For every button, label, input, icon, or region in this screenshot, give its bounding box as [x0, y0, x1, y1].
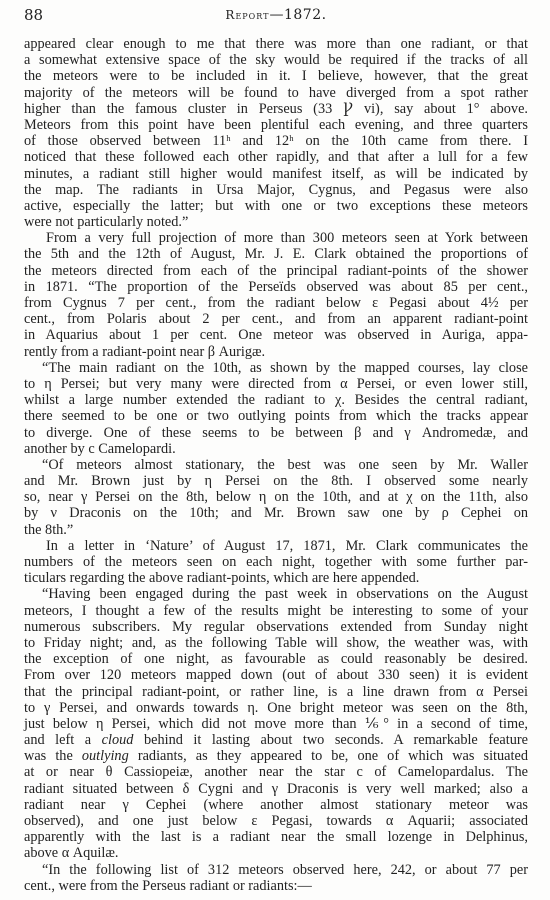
text-fragment: was the [24, 748, 82, 764]
text-line: the 8th.” [24, 522, 528, 538]
text-line: another by c Camelopardi. [24, 441, 528, 457]
text-line: the exception of one night, as favourabl… [24, 651, 528, 667]
text-line: by ν Draconis on the 10th; and Mr. Brown… [24, 505, 528, 521]
text-line: observed), and one just below ε Pegasi, … [24, 813, 528, 829]
body-text: appeared clear enough to me that there w… [24, 36, 528, 894]
text-line: From over 120 meteors mapped down (out o… [24, 667, 528, 683]
document-page: 88 Report—1872. appeared clear enough to… [0, 0, 550, 900]
text-line: to η Persei; but very many were directed… [24, 376, 528, 392]
text-line: the meteors directed from each of the pr… [24, 263, 528, 279]
text-fragment: behind it lasting about two seconds. A r… [133, 732, 528, 748]
text-line: of those observed between 11ʰ and 12ʰ on… [24, 133, 528, 149]
text-line: meteors, I thought a few of the results … [24, 603, 528, 619]
text-line: a somewhat extensive space of the sky wo… [24, 52, 528, 68]
text-line: rently from a radiant-point near β Aurig… [24, 344, 528, 360]
text-line: noticed that these followed each other r… [24, 149, 528, 165]
text-line: ticulars regarding the above radiant-poi… [24, 570, 528, 586]
text-line: numbers of the meteors seen on each nigh… [24, 554, 528, 570]
running-title-prefix: Report [225, 8, 269, 22]
text-line: the map. The radiants in Ursa Major, Cyg… [24, 182, 528, 198]
text-line: “In the following list of 312 meteors ob… [24, 862, 528, 878]
text-line: “The main radiant on the 10th, as shown … [24, 360, 528, 376]
running-title: Report—1872. [24, 7, 528, 23]
text-line: were not particularly noted.” [24, 214, 528, 230]
text-line: and Mr. Brown just by η Persei on the 8t… [24, 473, 528, 489]
text-line: and left a cloud behind it lasting about… [24, 732, 528, 748]
text-line: to γ Persei, and onwards towards η. One … [24, 700, 528, 716]
text-line: at or near θ Cassiopeiæ, another near th… [24, 764, 528, 780]
text-line: the 5th and the 12th of August, Mr. J. E… [24, 246, 528, 262]
text-line: majority of the meteors will be found to… [24, 85, 528, 101]
text-line: radiant situated between δ Cygni and γ D… [24, 781, 528, 797]
text-line: from Cygnus 7 per cent., from the radian… [24, 295, 528, 311]
text-line: to diverge. One of these seems to be bet… [24, 425, 528, 441]
text-line: cent., were from the Perseus radiant or … [24, 878, 528, 894]
text-line: to Friday night; and, as the following T… [24, 635, 528, 651]
text-line: there seemed to be one or two outlying p… [24, 408, 528, 424]
text-line: just below η Persei, which did not move … [24, 716, 528, 732]
text-line: minutes, a radiant still higher would ma… [24, 166, 528, 182]
text-line: in Aquarius about 1 per cent. One meteor… [24, 327, 528, 343]
text-line: in 1871. “The proportion of the Perseïds… [24, 279, 528, 295]
text-line: In a letter in ‘Nature’ of August 17, 18… [24, 538, 528, 554]
text-fragment: radiants, as they appeared to be, one of… [129, 748, 528, 764]
text-line: radiant near γ Cephei (where another alm… [24, 797, 528, 813]
text-line: apparently with the last is a radiant ne… [24, 829, 528, 845]
text-fragment: and left a [24, 732, 102, 748]
text-line: above α Aquilæ. [24, 845, 528, 861]
text-line: “Of meteors almost stationary, the best … [24, 457, 528, 473]
text-line: Meteors from this point have been plenti… [24, 117, 528, 133]
text-line: cent., from Polaris about 2 per cent., a… [24, 311, 528, 327]
text-line: higher than the famous cluster in Perseu… [24, 101, 528, 117]
page-header: 88 Report—1872. [24, 6, 528, 26]
text-line: that the principal radiant-point, or rat… [24, 684, 528, 700]
text-line: whilst a large number extended the radia… [24, 392, 528, 408]
text-line: numerous subscribers. My regular observa… [24, 619, 528, 635]
text-line: active, especially the latter; but with … [24, 198, 528, 214]
text-line: so, near γ Persei on the 8th, below η on… [24, 489, 528, 505]
italic-word: outlying [82, 748, 129, 764]
italic-word: cloud [102, 732, 134, 748]
text-line: From a very full projection of more than… [24, 230, 528, 246]
text-line: appeared clear enough to me that there w… [24, 36, 528, 52]
running-title-year: —1872. [269, 7, 326, 23]
text-line: the meteors were to be included in it. I… [24, 68, 528, 84]
text-line: “Having been engaged during the past wee… [24, 586, 528, 602]
text-line: was the outlying radiants, as they appea… [24, 748, 528, 764]
